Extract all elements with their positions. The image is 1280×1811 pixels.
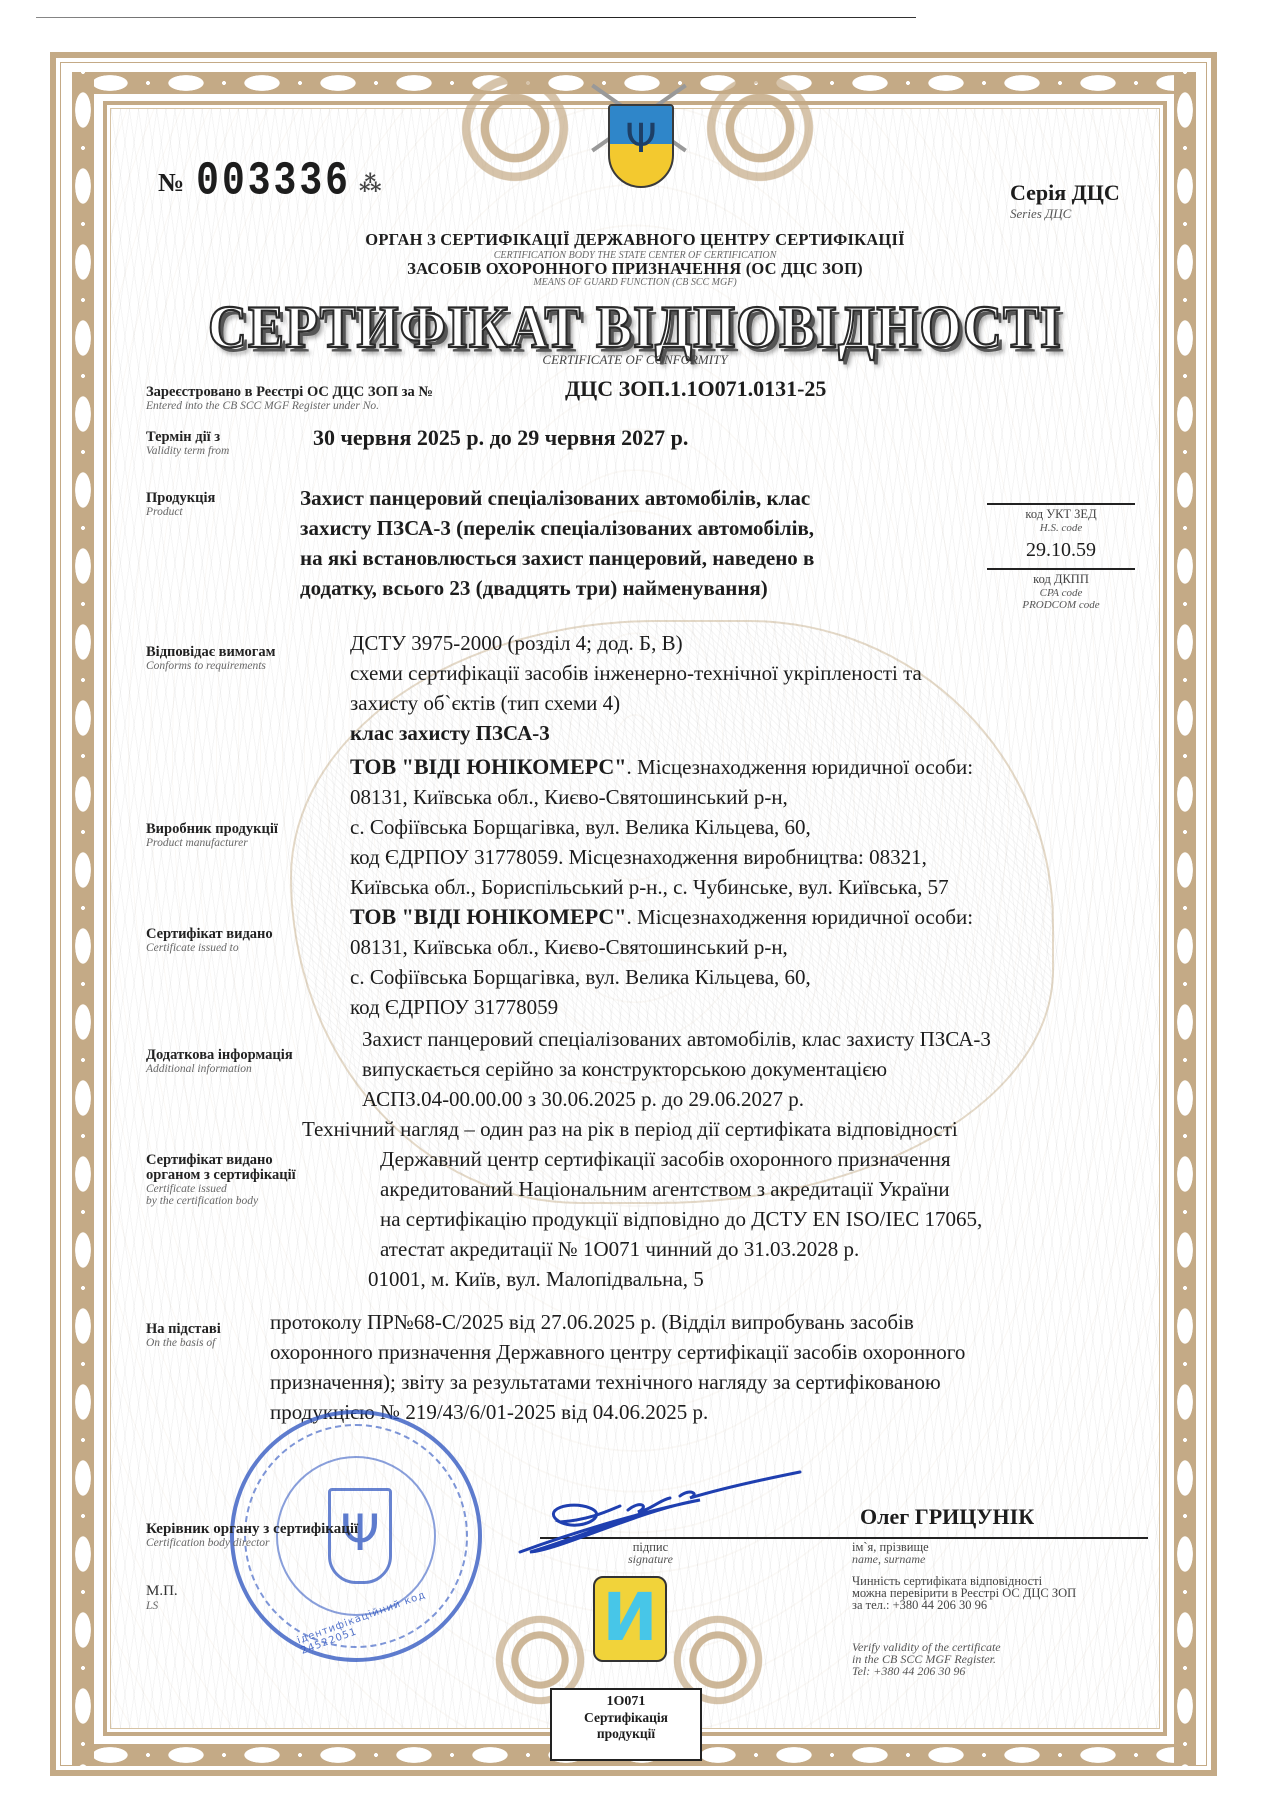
issued-to-label-ua: Сертифікат видано — [146, 927, 273, 942]
director-label-ua: Керівник органу з сертифікації — [146, 1522, 358, 1537]
border-band-right — [1174, 72, 1196, 1766]
issued-by-line: Державний центр сертифікації засобів охо… — [380, 1144, 982, 1174]
border-band-top — [72, 72, 1196, 94]
conforms-text: ДСТУ 3975-2000 (розділ 4; дод. Б, В) схе… — [350, 628, 922, 748]
issued-to-line: код ЄДРПОУ 31778059 — [350, 992, 973, 1022]
basis-label: На підставі On the basis of — [146, 1322, 221, 1349]
conforms-label-ua: Відповідає вимогам — [146, 645, 275, 660]
additional-line: Захист панцеровий спеціалізованих автомо… — [362, 1024, 991, 1054]
validity-period: 30 червня 2025 р. до 29 червня 2027 р. — [313, 425, 688, 451]
issued-to-line: с. Софіївська Борщагівка, вул. Велика Кі… — [350, 962, 973, 992]
issued-by-line: атестат акредитації № 1О071 чинний до 31… — [380, 1234, 982, 1264]
basis-line: призначення); звіту за результатами техн… — [270, 1367, 965, 1397]
hs-code-label: код УКТ ЗЕД — [987, 507, 1135, 522]
series-label: Серія ДЦС — [1010, 180, 1120, 206]
org-line-1: ОРГАН З СЕРТИФІКАЦІЇ ДЕРЖАВНОГО ЦЕНТРУ С… — [110, 230, 1160, 250]
manufacturer-company: ТОВ "ВІДІ ЮНІКОМЕРС" — [350, 754, 627, 779]
product-line: додатку, всього 23 (двадцять три) наймен… — [300, 573, 950, 603]
issued-by-label-ua-2: органом з сертифікації — [146, 1168, 296, 1183]
additional-label-en: Additional information — [146, 1063, 293, 1075]
basis-label-ua: На підставі — [146, 1322, 221, 1337]
accreditation-line: продукції — [552, 1726, 700, 1742]
basis-line: охоронного призначення Державного центру… — [270, 1337, 965, 1367]
basis-text: протоколу ПР№68-С/2025 від 27.06.2025 р.… — [270, 1307, 965, 1427]
accreditation-box: 1О071 Сертифікація продукції — [550, 1688, 702, 1761]
verify-line: за тел.: +380 44 206 30 96 — [852, 1599, 1076, 1611]
conforms-label: Відповідає вимогам Conforms to requireme… — [146, 645, 275, 672]
additional-line: випускається серійно за конструкторською… — [362, 1054, 991, 1084]
number-value: 003336 — [196, 155, 351, 209]
org-heading: ОРГАН З СЕРТИФІКАЦІЇ ДЕРЖАВНОГО ЦЕНТРУ С… — [110, 230, 1160, 288]
document-title-en: CERTIFICATE OF CONFORMITY — [110, 352, 1160, 368]
number-mark-icon: ⁂ — [359, 171, 382, 196]
product-line: на які встановлюсться захист панцеровий,… — [300, 543, 950, 573]
director-label: Керівник органу з сертифікації Certifica… — [146, 1522, 358, 1549]
number-prefix: № — [158, 168, 184, 197]
border-band-left — [72, 72, 94, 1766]
verify-info-ua: Чинність сертифіката відповідності можна… — [852, 1575, 1076, 1611]
validity-label-ua: Термін дії з — [146, 430, 229, 445]
manufacturer-line: код ЄДРПОУ 31778059. Місцезнаходження ви… — [350, 842, 973, 872]
conforms-line: ДСТУ 3975-2000 (розділ 4; дод. Б, В) — [350, 628, 922, 658]
issued-to-address-intro: . Місцезнаходження юридичної особи: — [627, 905, 974, 929]
manufacturer-line: Київська обл., Бориспільський р-н., с. Ч… — [350, 872, 973, 902]
conforms-line: схеми сертифікації засобів інженерно-тех… — [350, 658, 922, 688]
product-description: Захист панцеровий спеціалізованих автомо… — [300, 483, 950, 603]
additional-info-label: Додаткова інформація Additional informat… — [146, 1048, 293, 1075]
cpa-code-label-en: CPA code — [987, 587, 1135, 599]
name-caption: ім`я, прізвище name, surname — [852, 1541, 929, 1565]
product-label-ua: Продукція — [146, 491, 215, 506]
signer-name: Олег ГРИЦУНІК — [860, 1504, 1034, 1530]
agency-emblem: Ψ — [600, 104, 678, 204]
validity-label: Термін дії з Validity term from — [146, 430, 229, 457]
trident-icon: Ψ — [610, 116, 672, 162]
issued-to-line: 08131, Київська обл., Києво-Святошинськи… — [350, 932, 973, 962]
issued-by-label-en-1: Certificate issued — [146, 1183, 296, 1195]
issued-to-label: Сертифікат видано Certificate issued to — [146, 927, 273, 954]
code-rule — [987, 568, 1135, 570]
manufacturer-label: Виробник продукції Product manufacturer — [146, 822, 278, 849]
conforms-label-en: Conforms to requirements — [146, 660, 275, 672]
registry-label: Зареєстровано в Реєстрі ОС ДЦС ЗОП за № … — [146, 385, 433, 412]
cpa-code-label: код ДКПП — [987, 572, 1135, 587]
prodcom-code-label-en: PRODCOM code — [987, 599, 1135, 611]
top-ornament-right — [700, 68, 820, 188]
series-label-en: Series ДЦС — [1010, 206, 1120, 222]
director-label-en: Certification body director — [146, 1537, 358, 1549]
issued-to-label-en: Certificate issued to — [146, 942, 273, 954]
hs-code-label-en: H.S. code — [987, 522, 1135, 534]
seal-label-en: LS — [146, 1600, 178, 1612]
issued-to-company: ТОВ "ВІДІ ЮНІКОМЕРС" — [350, 904, 627, 929]
manufacturer-line: с. Софіївська Борщагівка, вул. Велика Кі… — [350, 812, 973, 842]
name-caption-en: name, surname — [852, 1553, 929, 1565]
issued-to-text: ТОВ "ВІДІ ЮНІКОМЕРС". Місцезнаходження ю… — [350, 902, 973, 1022]
scan-edge-line — [36, 17, 916, 18]
org-line-2-en: MEANS OF GUARD FUNCTION (CB SCC MGF) — [110, 277, 1160, 288]
issued-by-text: Державний центр сертифікації засобів охо… — [380, 1144, 982, 1294]
org-line-2: ЗАСОБІВ ОХОРОННОГО ПРИЗНАЧЕННЯ (ОС ДЦС З… — [110, 261, 1160, 277]
seal-label: М.П. LS — [146, 1583, 178, 1612]
verify-info-en: Verify validity of the certificate in th… — [852, 1641, 1001, 1677]
issued-by-label-ua-1: Сертифікат видано — [146, 1153, 296, 1168]
technical-supervision: Технічний нагляд – один раз на рік в пер… — [302, 1114, 958, 1144]
manufacturer-text: ТОВ "ВІДІ ЮНІКОМЕРС". Місцезнаходження ю… — [350, 752, 973, 902]
product-label: Продукція Product — [146, 491, 215, 518]
basis-label-en: On the basis of — [146, 1337, 221, 1349]
registry-number: ДЦС ЗОП.1.1О071.0131-25 — [565, 376, 826, 402]
protection-class: клас захисту ПЗСА-3 — [350, 718, 922, 748]
accreditation-line: Сертифікація — [552, 1710, 700, 1726]
top-ornament-left — [455, 68, 575, 188]
conforms-line: захисту об`єктів (тип схеми 4) — [350, 688, 922, 718]
accreditation-logo-icon: И — [593, 1576, 667, 1662]
verify-line-en: Tel: +380 44 206 30 96 — [852, 1665, 1001, 1677]
issued-by-label-en-2: by the certification body — [146, 1195, 296, 1207]
basis-line: протоколу ПР№68-С/2025 від 27.06.2025 р.… — [270, 1307, 965, 1337]
manufacturer-label-ua: Виробник продукції — [146, 822, 278, 837]
product-label-en: Product — [146, 506, 215, 518]
issued-by-line: на сертифікацію продукції відповідно до … — [380, 1204, 982, 1234]
additional-label-ua: Додаткова інформація — [146, 1048, 293, 1063]
certificate-number: №003336⁂ — [158, 160, 381, 203]
manufacturer-address-intro: . Місцезнаходження юридичної особи: — [627, 755, 974, 779]
registry-label-ua: Зареєстровано в Реєстрі ОС ДЦС ЗОП за № — [146, 385, 433, 400]
additional-info-text: Захист панцеровий спеціалізованих автомо… — [362, 1024, 991, 1114]
registry-label-en: Entered into the CB SCC MGF Register und… — [146, 400, 433, 412]
manufacturer-line: 08131, Київська обл., Києво-Святошинськи… — [350, 782, 973, 812]
product-codes: код УКТ ЗЕД H.S. code 29.10.59 код ДКПП … — [987, 503, 1135, 611]
issued-by-label: Сертифікат видано органом з сертифікації… — [146, 1153, 296, 1207]
additional-line: АСПЗ.04-00.00.00 з 30.06.2025 р. до 29.0… — [362, 1084, 991, 1114]
accreditation-number: 1О071 — [552, 1694, 700, 1710]
series-block: Серія ДЦС Series ДЦС — [1010, 180, 1120, 222]
manufacturer-label-en: Product manufacturer — [146, 837, 278, 849]
validity-label-en: Validity term from — [146, 445, 229, 457]
hs-code-value: 29.10.59 — [987, 539, 1135, 562]
product-line: захисту ПЗСА-3 (перелік спеціалізованих … — [300, 513, 950, 543]
issued-by-line: акредитований Національним агентством з … — [380, 1174, 982, 1204]
code-rule — [987, 503, 1135, 505]
product-line: Захист панцеровий спеціалізованих автомо… — [300, 483, 950, 513]
issued-by-address: 01001, м. Київ, вул. Малопідвальна, 5 — [368, 1264, 982, 1294]
handwritten-signature — [500, 1470, 840, 1560]
seal-label-ua: М.П. — [146, 1583, 178, 1600]
shield-icon: Ψ — [608, 104, 674, 188]
